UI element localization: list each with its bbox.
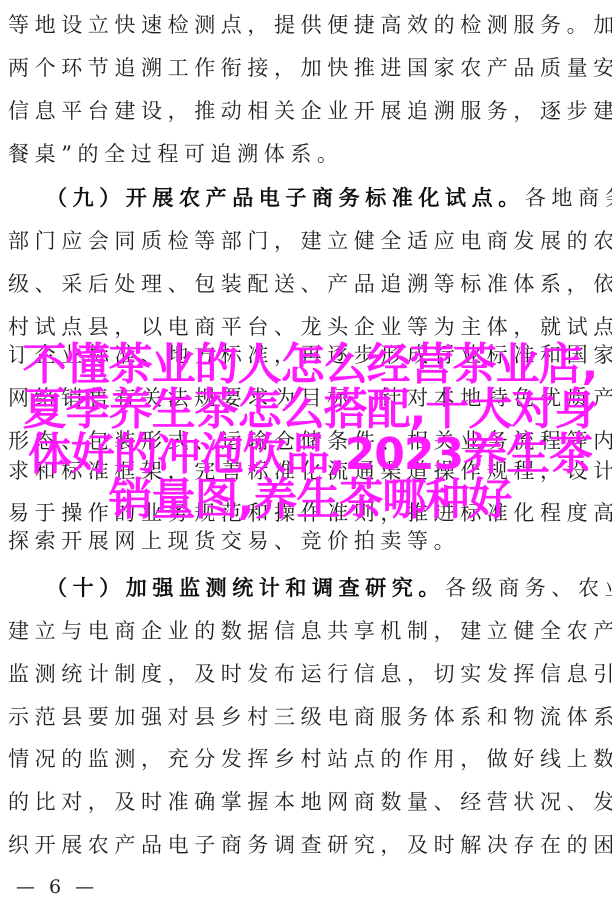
overlay-title: 不懂茶业的人怎么经营茶业店,夏季养生茶怎么搭配,十大对身体好的冲泡饮品,2023…	[10, 342, 610, 522]
text-line: 情况的监测，充分发挥乡村站点的作用，做好线上数据与线下实际	[8, 746, 608, 772]
page-number: — 6 —	[16, 876, 98, 898]
text-line: 餐桌”的全过程可追溯体系。	[8, 141, 608, 167]
text-line: 的比对，及时准确掌握本地网商数量、经营状况、发展规模等。组	[8, 789, 608, 815]
section-10-heading-rest: 各级商务、农业部门要探索	[445, 576, 612, 600]
section-9-heading-rest: 各地商务、农业主管	[525, 186, 612, 210]
text-line: 两个环节追溯工作衔接，加快推进国家农产品质量安全追溯管理	[8, 55, 608, 81]
text-line: 监测统计制度，及时发布运行信息，切实发挥信息引导作用。电商	[8, 661, 608, 687]
text-line: 级、采后处理、包装配送、产品追溯等标准体系，依托农产品电商出	[8, 271, 608, 297]
text-line: 村试点县，以电商平台、龙头企业等为主体，就试点品种先总结制	[8, 314, 608, 340]
text-line: 信息平台建设，推动相关企业开展追溯服务，逐步建立“从田间到	[8, 98, 608, 124]
text-line: 织开展农产品电子商务调查研究，及时解决存在的困难和问题，特	[8, 832, 608, 858]
text-line: 示范县要加强对县乡村三级电商服务体系和物流体系建设和运营	[8, 704, 608, 730]
text-line: 建立与电商企业的数据信息共享机制，建立健全农产品电子商务	[8, 618, 608, 644]
section-9-heading-line: （九）开展农产品电子商务标准化试点。各地商务、农业主管	[46, 185, 612, 211]
section-9-heading: （九）开展农产品电子商务标准化试点。	[46, 185, 525, 210]
text-line: 探索开展网上现货交易、竞价拍卖等。	[8, 528, 608, 554]
section-10-heading-line: （十）加强监测统计和调查研究。各级商务、农业部门要探索	[46, 575, 612, 601]
text-line: 等地设立快速检测点，提供便捷高效的检测服务。加强生产、流通	[8, 12, 608, 38]
text-line: 部门应会同质检等部门，建立健全适应电商发展的农产品质量分	[8, 228, 608, 254]
section-10-heading: （十）加强监测统计和调查研究。	[46, 575, 445, 600]
document-page: 等地设立快速检测点，提供便捷高效的检测服务。加强生产、流通 两个环节追溯工作衔接…	[0, 0, 612, 913]
